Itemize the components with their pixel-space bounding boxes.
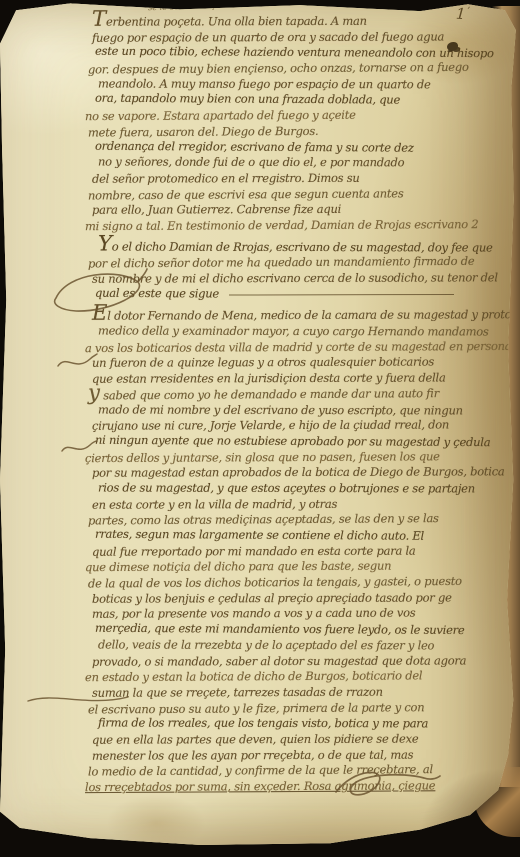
handwritten-line: que estan rresidentes en la jurisdiçion … [92,370,510,387]
handwritten-line: del señor protomedico en el rregistro. D… [92,170,510,187]
bottom-rubric-flourish [330,766,442,808]
handwritten-line: çirujano use ni cure, Jorje Velarde, e h… [92,417,510,434]
margin-tilde-flourish-1 [56,352,98,372]
handwritten-line: para ello, Juan Gutierrez. Cabrense fize… [92,202,510,219]
margin-tilde-flourish-2 [60,438,98,458]
interlinear-note: se le eche el ençienso sobre ello [148,0,281,13]
handwritten-line: El dotor Fernando de Mena, medico de la … [92,308,510,325]
handwritten-line: firma de los rreales, que los tengais vi… [98,716,516,733]
handwritten-line: que en ella las partes que deven, quien … [92,731,510,748]
handwritten-line: suman la que se rreçete, tarrezes tasada… [92,684,510,701]
handwritten-line: y sabed que como yo he demandado e mande… [88,385,506,404]
margin-paraph-flourish [50,266,148,320]
handwritten-line: medico della y examinador mayor, a cuyo … [98,324,516,341]
handwritten-line: qual es este que sigue [95,285,513,303]
handwritten-line: mado de mi nombre y del escrivano de yus… [98,402,516,419]
paper-sheet: 1ʼ se le eche el ençienso sobre ello Ter… [0,0,520,857]
handwritten-line: mi signo a tal. En testimonio de verdad,… [85,217,503,235]
handwritten-line: no y señores, donde fui de o que dio el,… [98,155,516,172]
handwritten-line: merçedia, que este mi mandamiento vos fu… [95,621,513,639]
handwritten-line: de la qual de vos los dichos boticarios … [88,574,506,593]
text-block: Terbentina poçeta. Una olla bien tapada.… [92,14,510,795]
handwritten-line: su nombre y de mi el dicho escrivano cer… [92,270,510,287]
manuscript-photo: { "document": { "folio_number": "1", "fo… [0,0,520,857]
handwritten-line: un fueron de a quinze leguas y a otros q… [92,355,510,372]
handwritten-line: Terbentina poçeta. Una olla bien tapada.… [92,13,510,30]
handwritten-line: rios de su magestad, y que estos açeytes… [98,480,516,497]
handwritten-line: dello, veais de la rrezebta y de lo açep… [98,637,516,654]
handwritten-line: rrates, segun mas largamente se contiene… [95,527,513,545]
handwritten-line: en estado y estan la botica de dicho de … [85,668,503,686]
handwritten-line: gor. despues de muy bien ençienso, ocho … [88,60,506,79]
handwritten-line: por su magestad estan aprobados de la bo… [92,465,510,482]
handwritten-line: ni ningun ayente que no estubiese aproba… [95,433,513,451]
long-tail-flourish [26,690,130,710]
